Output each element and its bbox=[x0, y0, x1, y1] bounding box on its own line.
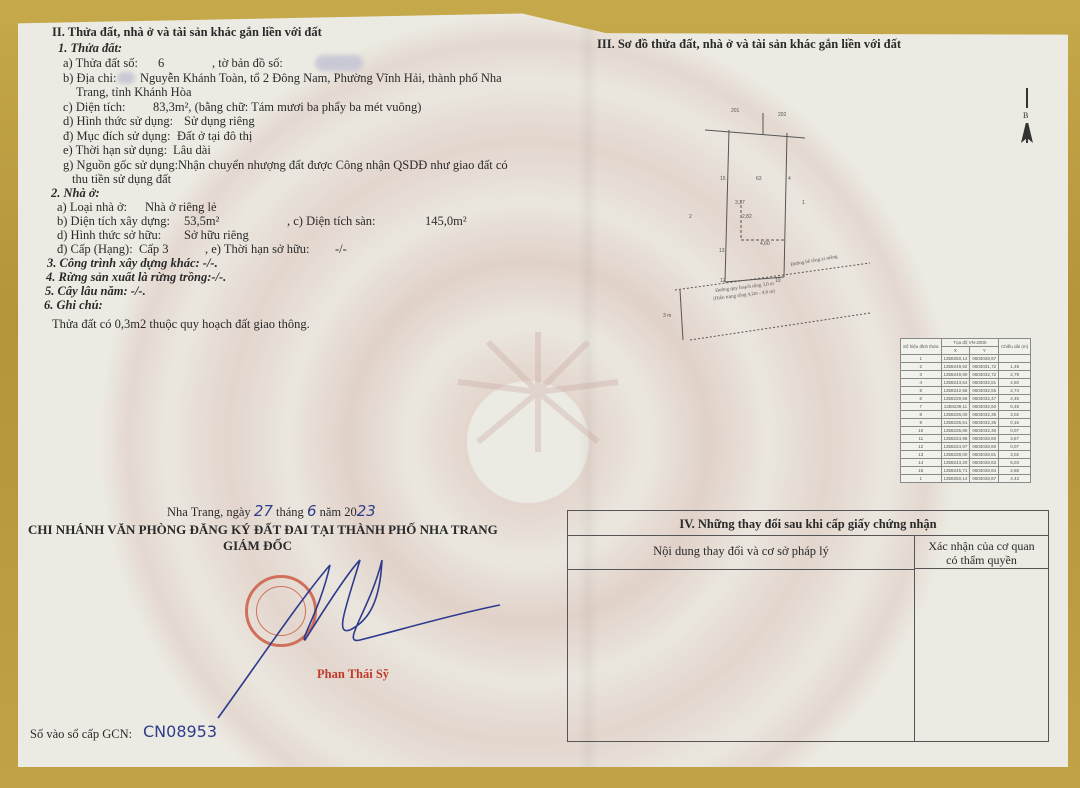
coordinate-cell: 0603032,81 bbox=[970, 379, 999, 387]
coordinate-cell: 10 bbox=[901, 427, 942, 435]
coordinate-row: 111358234,960603028,803,67 bbox=[901, 435, 1031, 443]
coordinate-row: 61358239,560603032,472,45 bbox=[901, 395, 1031, 403]
coordinate-cell: 0603028,81 bbox=[970, 451, 999, 459]
coordinate-cell: 3,02 bbox=[999, 451, 1031, 459]
coordinate-cell: 0,07 bbox=[999, 427, 1031, 435]
svg-text:3,37: 3,37 bbox=[735, 200, 745, 206]
coordinate-cell: 1358242,56 bbox=[941, 387, 970, 395]
coordinate-cell: 1358243,54 bbox=[941, 379, 970, 387]
coordinate-cell: 0603028,84 bbox=[970, 467, 999, 475]
coordinate-cell: 0,07 bbox=[999, 443, 1031, 451]
coordinate-cell: 0603032,39 bbox=[970, 411, 999, 419]
coordinate-cell: 14 bbox=[901, 459, 942, 467]
coordinate-cell: 8 bbox=[901, 411, 942, 419]
changes-content-header: Nội dung thay đổi và cơ sở pháp lý bbox=[568, 536, 915, 570]
section-iv-title: IV. Những thay đổi sau khi cấp giấy chứn… bbox=[568, 511, 1048, 536]
coordinate-cell: 0603032,72 bbox=[970, 371, 999, 379]
coordinate-cell: 1358239,56 bbox=[941, 395, 970, 403]
coordinate-cell: 2 bbox=[901, 363, 942, 371]
coordinate-cell: 13 bbox=[901, 451, 942, 459]
coordinate-cell: 1358250,14 bbox=[941, 355, 970, 363]
coordinate-cell: 1358234,96 bbox=[941, 435, 970, 443]
coordinate-cell: 3 bbox=[901, 371, 942, 379]
coordinate-cell: 1358236,00 bbox=[941, 411, 970, 419]
changes-table: IV. Những thay đổi sau khi cấp giấy chứn… bbox=[567, 510, 1049, 742]
coordinate-cell: 0,16 bbox=[999, 419, 1031, 427]
coordinate-cell: 2,68 bbox=[999, 467, 1031, 475]
coordinate-cell: 7 bbox=[901, 403, 942, 411]
coordinate-row: 141358243,200603028,835,03 bbox=[901, 459, 1031, 467]
coordinate-cell: 0603032,35 bbox=[970, 419, 999, 427]
coordinate-cell: 0603028,87 bbox=[970, 475, 999, 483]
coordinate-cell bbox=[999, 355, 1031, 363]
coordinate-cell: 1358238,00 bbox=[941, 451, 970, 459]
coordinate-cell: 1358249,92 bbox=[941, 363, 970, 371]
coordinate-row: 121358234,970603028,800,07 bbox=[901, 443, 1031, 451]
coordinate-cell: 15 bbox=[901, 467, 942, 475]
svg-text:4: 4 bbox=[788, 176, 791, 182]
coordinate-cell: 0603032,60 bbox=[970, 403, 999, 411]
coordinate-row: 41358243,540603032,814,60 bbox=[901, 379, 1031, 387]
coordinate-cell: 0603031,72 bbox=[970, 363, 999, 371]
col-y: Y bbox=[970, 347, 999, 355]
coordinate-cell: 1358250,14 bbox=[941, 475, 970, 483]
coordinate-cell: 9 bbox=[901, 419, 942, 427]
coordinate-cell: 4,43 bbox=[999, 475, 1031, 483]
coordinate-row: 101358235,860603032,300,07 bbox=[901, 427, 1031, 435]
svg-text:12: 12 bbox=[720, 278, 726, 284]
coordinate-cell: 2,79 bbox=[999, 371, 1031, 379]
coordinate-cell: 0603028,83 bbox=[970, 459, 999, 467]
coordinate-cell: 2,45 bbox=[999, 395, 1031, 403]
svg-text:15: 15 bbox=[720, 176, 726, 182]
svg-text:2,82: 2,82 bbox=[742, 214, 752, 220]
coordinate-cell: 3,02 bbox=[999, 411, 1031, 419]
coordinate-cell: 1358235,86 bbox=[941, 427, 970, 435]
coordinate-cell: 0603028,80 bbox=[970, 435, 999, 443]
coordinate-cell: 4 bbox=[901, 379, 942, 387]
svg-text:3 m: 3 m bbox=[663, 313, 671, 319]
authority-confirmation-header: Xác nhận của cơ quan có thẩm quyền bbox=[915, 536, 1048, 569]
coordinate-cell: 5,03 bbox=[999, 459, 1031, 467]
coordinate-row: 31358249,800603032,722,79 bbox=[901, 371, 1031, 379]
coordinate-cell: 2,74 bbox=[999, 387, 1031, 395]
coordinate-row: 51358242,560603032,552,74 bbox=[901, 387, 1031, 395]
coordinate-cell: 11 bbox=[901, 435, 942, 443]
coordinate-row: 81358236,000603032,393,02 bbox=[901, 411, 1031, 419]
coordinate-cell: 1358245,71 bbox=[941, 467, 970, 475]
coordinate-cell: 1358249,80 bbox=[941, 371, 970, 379]
svg-text:13: 13 bbox=[719, 248, 725, 254]
coordinate-row: 71358239,110603032,600,48 bbox=[901, 403, 1031, 411]
col-x: X bbox=[941, 347, 970, 355]
coordinate-row: 21358249,920603031,721,49 bbox=[901, 363, 1031, 371]
svg-text:2: 2 bbox=[689, 214, 692, 220]
coordinate-cell: 1358234,97 bbox=[941, 443, 970, 451]
coordinate-row: 11358250,140603028,87 bbox=[901, 355, 1031, 363]
authority-line2: có thẩm quyền bbox=[915, 553, 1048, 567]
col-coords: Tọa độ VN-2000 bbox=[941, 339, 999, 347]
svg-text:1: 1 bbox=[802, 200, 805, 206]
coordinate-cell: 3,67 bbox=[999, 435, 1031, 443]
coordinate-cell: 0,48 bbox=[999, 403, 1031, 411]
coordinate-cell: 4,60 bbox=[999, 379, 1031, 387]
coordinate-cell: 1 bbox=[901, 355, 942, 363]
coordinate-cell: 1 bbox=[901, 475, 942, 483]
svg-text:4,60: 4,60 bbox=[760, 241, 770, 247]
coordinate-cell: 1358239,11 bbox=[941, 403, 970, 411]
coordinate-cell: 0603028,87 bbox=[970, 355, 999, 363]
coordinate-cell: 12 bbox=[901, 443, 942, 451]
coordinate-row: 91358235,510603032,350,16 bbox=[901, 419, 1031, 427]
svg-text:10: 10 bbox=[775, 278, 781, 284]
coordinate-cell: 1358243,20 bbox=[941, 459, 970, 467]
label-201: 201 bbox=[731, 108, 740, 114]
col-length: Chiều dài (m) bbox=[999, 339, 1031, 355]
coordinate-cell: 0603032,47 bbox=[970, 395, 999, 403]
svg-text:63: 63 bbox=[756, 176, 762, 182]
coordinate-row: 151358245,710603028,842,68 bbox=[901, 467, 1031, 475]
col-vertex: Số hiệu đỉnh thửa bbox=[901, 339, 942, 355]
coordinate-cell: 0603028,80 bbox=[970, 443, 999, 451]
coordinate-cell: 1,49 bbox=[999, 363, 1031, 371]
coordinate-cell: 0603032,55 bbox=[970, 387, 999, 395]
coordinate-cell: 0603032,30 bbox=[970, 427, 999, 435]
coordinate-cell: 5 bbox=[901, 387, 942, 395]
column-divider bbox=[914, 569, 915, 741]
authority-line1: Xác nhận của cơ quan bbox=[915, 539, 1048, 553]
coordinate-cell: 6 bbox=[901, 395, 942, 403]
coordinate-row: 11358250,140603028,874,43 bbox=[901, 475, 1031, 483]
coordinate-cell: 1358235,51 bbox=[941, 419, 970, 427]
svg-text:202: 202 bbox=[778, 112, 787, 118]
coordinate-row: 131358238,000603028,813,02 bbox=[901, 451, 1031, 459]
coordinate-table: Số hiệu đỉnh thửa Tọa độ VN-2000 Chiều d… bbox=[900, 338, 1031, 483]
